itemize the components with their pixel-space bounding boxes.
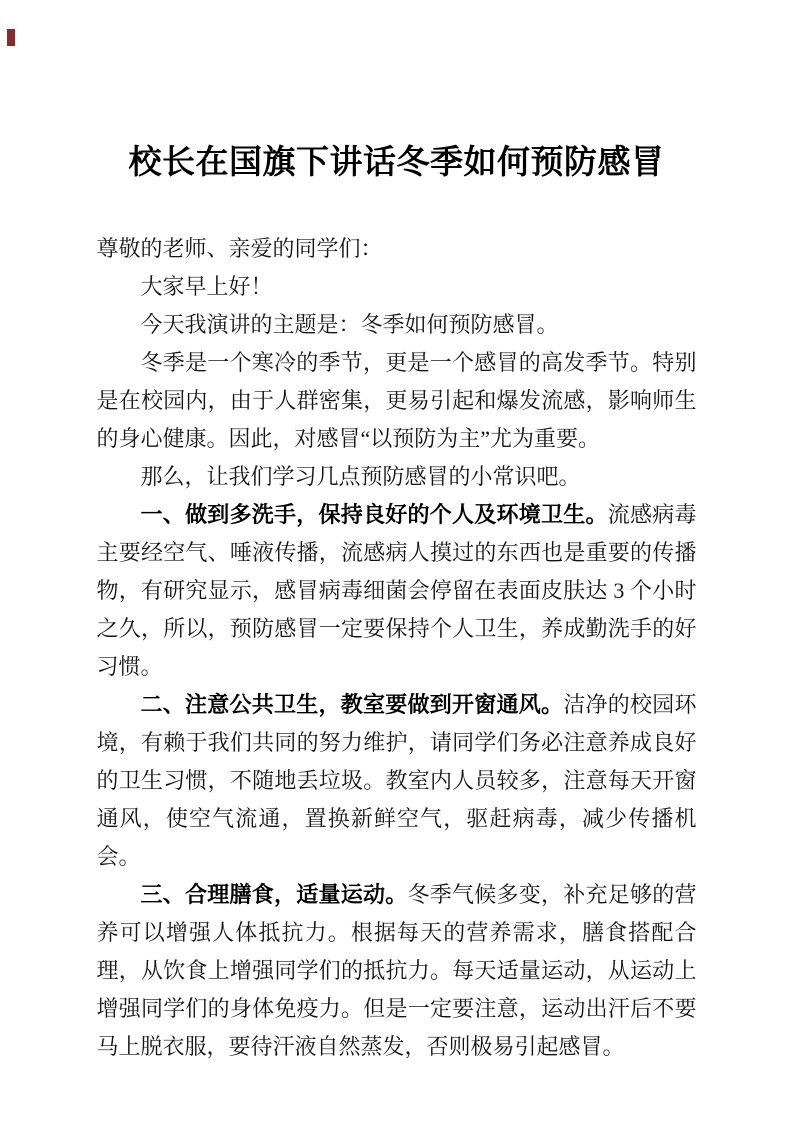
- paragraph-lead: 三、合理膳食，适量运动。: [141, 882, 408, 907]
- paragraph-text: 洁净的校园环境，有赖于我们共同的努力维护，请同学们务必注意养成良好的卫生习惯，不…: [97, 692, 697, 869]
- paragraph-intro: 冬季是一个寒冷的季节，更是一个感冒的高发季节。特别是在校园内，由于人群密集，更易…: [97, 344, 697, 458]
- paragraph-greeting: 大家早上好！: [97, 268, 697, 306]
- page-corner-mark: [7, 29, 15, 46]
- document-page: 校长在国旗下讲话冬季如何预防感冒 尊敬的老师、亲爱的同学们： 大家早上好！ 今天…: [0, 0, 793, 1122]
- paragraph-text: 流感病毒主要经空气、唾液传播，流感病人摸过的东西也是重要的传播物，有研究显示，感…: [97, 502, 697, 679]
- paragraph-text: 冬季气候多变，补充足够的营养可以增强人体抵抗力。根据每天的营养需求，膳食搭配合理…: [97, 882, 697, 1059]
- document-title: 校长在国旗下讲话冬季如何预防感冒: [0, 0, 793, 184]
- paragraph-text: 今天我演讲的主题是：冬季如何预防感冒。: [141, 312, 559, 337]
- paragraph-text: 大家早上好！: [141, 274, 273, 299]
- paragraph-topic: 今天我演讲的主题是：冬季如何预防感冒。: [97, 306, 697, 344]
- paragraph-transition: 那么，让我们学习几点预防感冒的小常识吧。: [97, 458, 697, 496]
- paragraph-point-2: 二、注意公共卫生，教室要做到开窗通风。洁净的校园环境，有赖于我们共同的努力维护，…: [97, 686, 697, 876]
- paragraph-text: 尊敬的老师、亲爱的同学们：: [97, 236, 383, 261]
- paragraph-point-3: 三、合理膳食，适量运动。冬季气候多变，补充足够的营养可以增强人体抵抗力。根据每天…: [97, 876, 697, 1066]
- paragraph-point-1: 一、做到多洗手，保持良好的个人及环境卫生。流感病毒主要经空气、唾液传播，流感病人…: [97, 496, 697, 686]
- paragraph-lead: 一、做到多洗手，保持良好的个人及环境卫生。: [141, 502, 608, 527]
- paragraph-text: 冬季是一个寒冷的季节，更是一个感冒的高发季节。特别是在校园内，由于人群密集，更易…: [97, 350, 697, 451]
- document-body: 尊敬的老师、亲爱的同学们： 大家早上好！ 今天我演讲的主题是：冬季如何预防感冒。…: [97, 230, 697, 1066]
- paragraph-salutation: 尊敬的老师、亲爱的同学们：: [97, 230, 697, 268]
- paragraph-lead: 二、注意公共卫生，教室要做到开窗通风。: [141, 692, 564, 717]
- paragraph-text: 那么，让我们学习几点预防感冒的小常识吧。: [141, 464, 581, 489]
